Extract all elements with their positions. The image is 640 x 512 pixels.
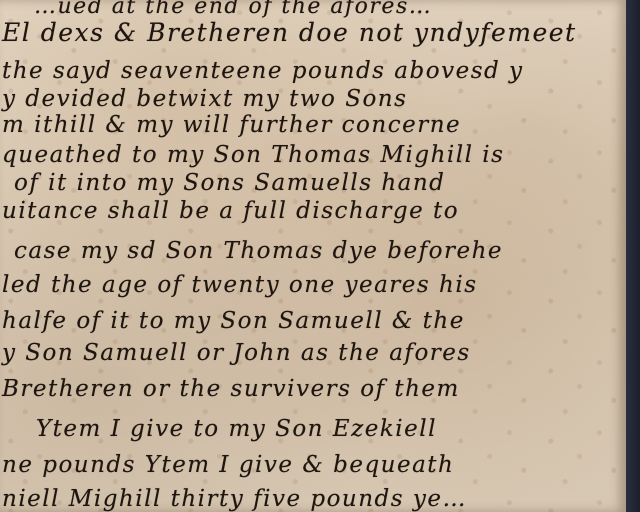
- handwritten-text-block: …ued at the end of the afores…El dexs & …: [0, 0, 626, 512]
- manuscript-line: Ytem I give to my Son Ezekiell: [36, 416, 437, 442]
- manuscript-line: ne pounds Ytem I give & bequeath: [2, 452, 454, 478]
- manuscript-line: niell Mighill thirty five pounds ye…: [2, 486, 467, 512]
- manuscript-line: y Son Samuell or John as the afores: [2, 340, 471, 366]
- manuscript-line: y devided betwixt my two Sons: [2, 86, 407, 112]
- manuscript-line: led the age of twenty one yeares his: [2, 272, 478, 298]
- manuscript-line: queathed to my Son Thomas Mighill is: [2, 142, 504, 168]
- manuscript-line: El dexs & Bretheren doe not yndyfemeet: [2, 18, 577, 47]
- manuscript-line: case my sd Son Thomas dye beforehe: [14, 238, 503, 264]
- manuscript-line: the sayd seaventeene pounds abovesd y: [2, 58, 524, 84]
- manuscript-line: m ithill & my will further concerne: [2, 112, 461, 138]
- manuscript-line: uitance shall be a full discharge to: [2, 198, 459, 224]
- manuscript-line: …ued at the end of the afores…: [34, 0, 432, 19]
- manuscript-photo: …ued at the end of the afores…El dexs & …: [0, 0, 640, 512]
- manuscript-line: Bretheren or the survivers of them: [2, 376, 460, 402]
- dark-background-edge: [626, 0, 640, 512]
- manuscript-line: of it into my Sons Samuells hand: [14, 170, 445, 196]
- manuscript-line: halfe of it to my Son Samuell & the: [2, 308, 465, 334]
